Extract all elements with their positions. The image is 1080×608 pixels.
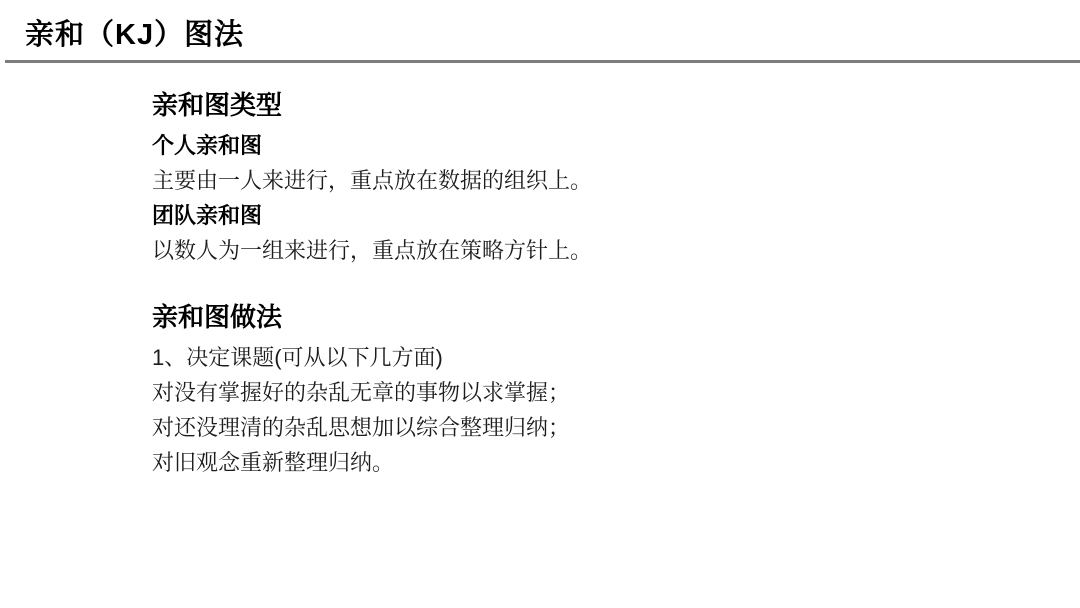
title-divider-rule [5,60,1080,63]
section-affinity-diagram-method: 亲和图做法 1、决定课题(可从以下几方面) 对没有掌握好的杂乱无章的事物以求掌握… [152,300,1032,480]
section-body: 1、决定课题(可从以下几方面) 对没有掌握好的杂乱无章的事物以求掌握； 对还没理… [152,340,1032,480]
section-heading: 亲和图类型 [152,88,1032,122]
slide-content: 亲和图类型 个人亲和图 主要由一人来进行，重点放在数据的组织上。 团队亲和图 以… [152,88,1032,480]
text-line-step-1: 1、决定课题(可从以下几方面) [152,340,1032,375]
text-line: 主要由一人来进行，重点放在数据的组织上。 [152,163,1032,198]
section-affinity-diagram-types: 亲和图类型 个人亲和图 主要由一人来进行，重点放在数据的组织上。 团队亲和图 以… [152,88,1032,268]
subheading-personal-affinity: 个人亲和图 [152,128,1032,163]
text-line: 对没有掌握好的杂乱无章的事物以求掌握； [152,375,1032,410]
text-line: 对旧观念重新整理归纳。 [152,445,1032,480]
subheading-team-affinity: 团队亲和图 [152,198,1032,233]
text-line: 以数人为一组来进行，重点放在策略方针上。 [152,233,1032,268]
text-line: 对还没理清的杂乱思想加以综合整理归纳； [152,410,1032,445]
section-body: 个人亲和图 主要由一人来进行，重点放在数据的组织上。 团队亲和图 以数人为一组来… [152,128,1032,268]
presentation-slide: 亲和（KJ）图法 亲和图类型 个人亲和图 主要由一人来进行，重点放在数据的组织上… [0,0,1080,608]
page-title: 亲和（KJ）图法 [25,18,244,52]
section-heading: 亲和图做法 [152,300,1032,334]
